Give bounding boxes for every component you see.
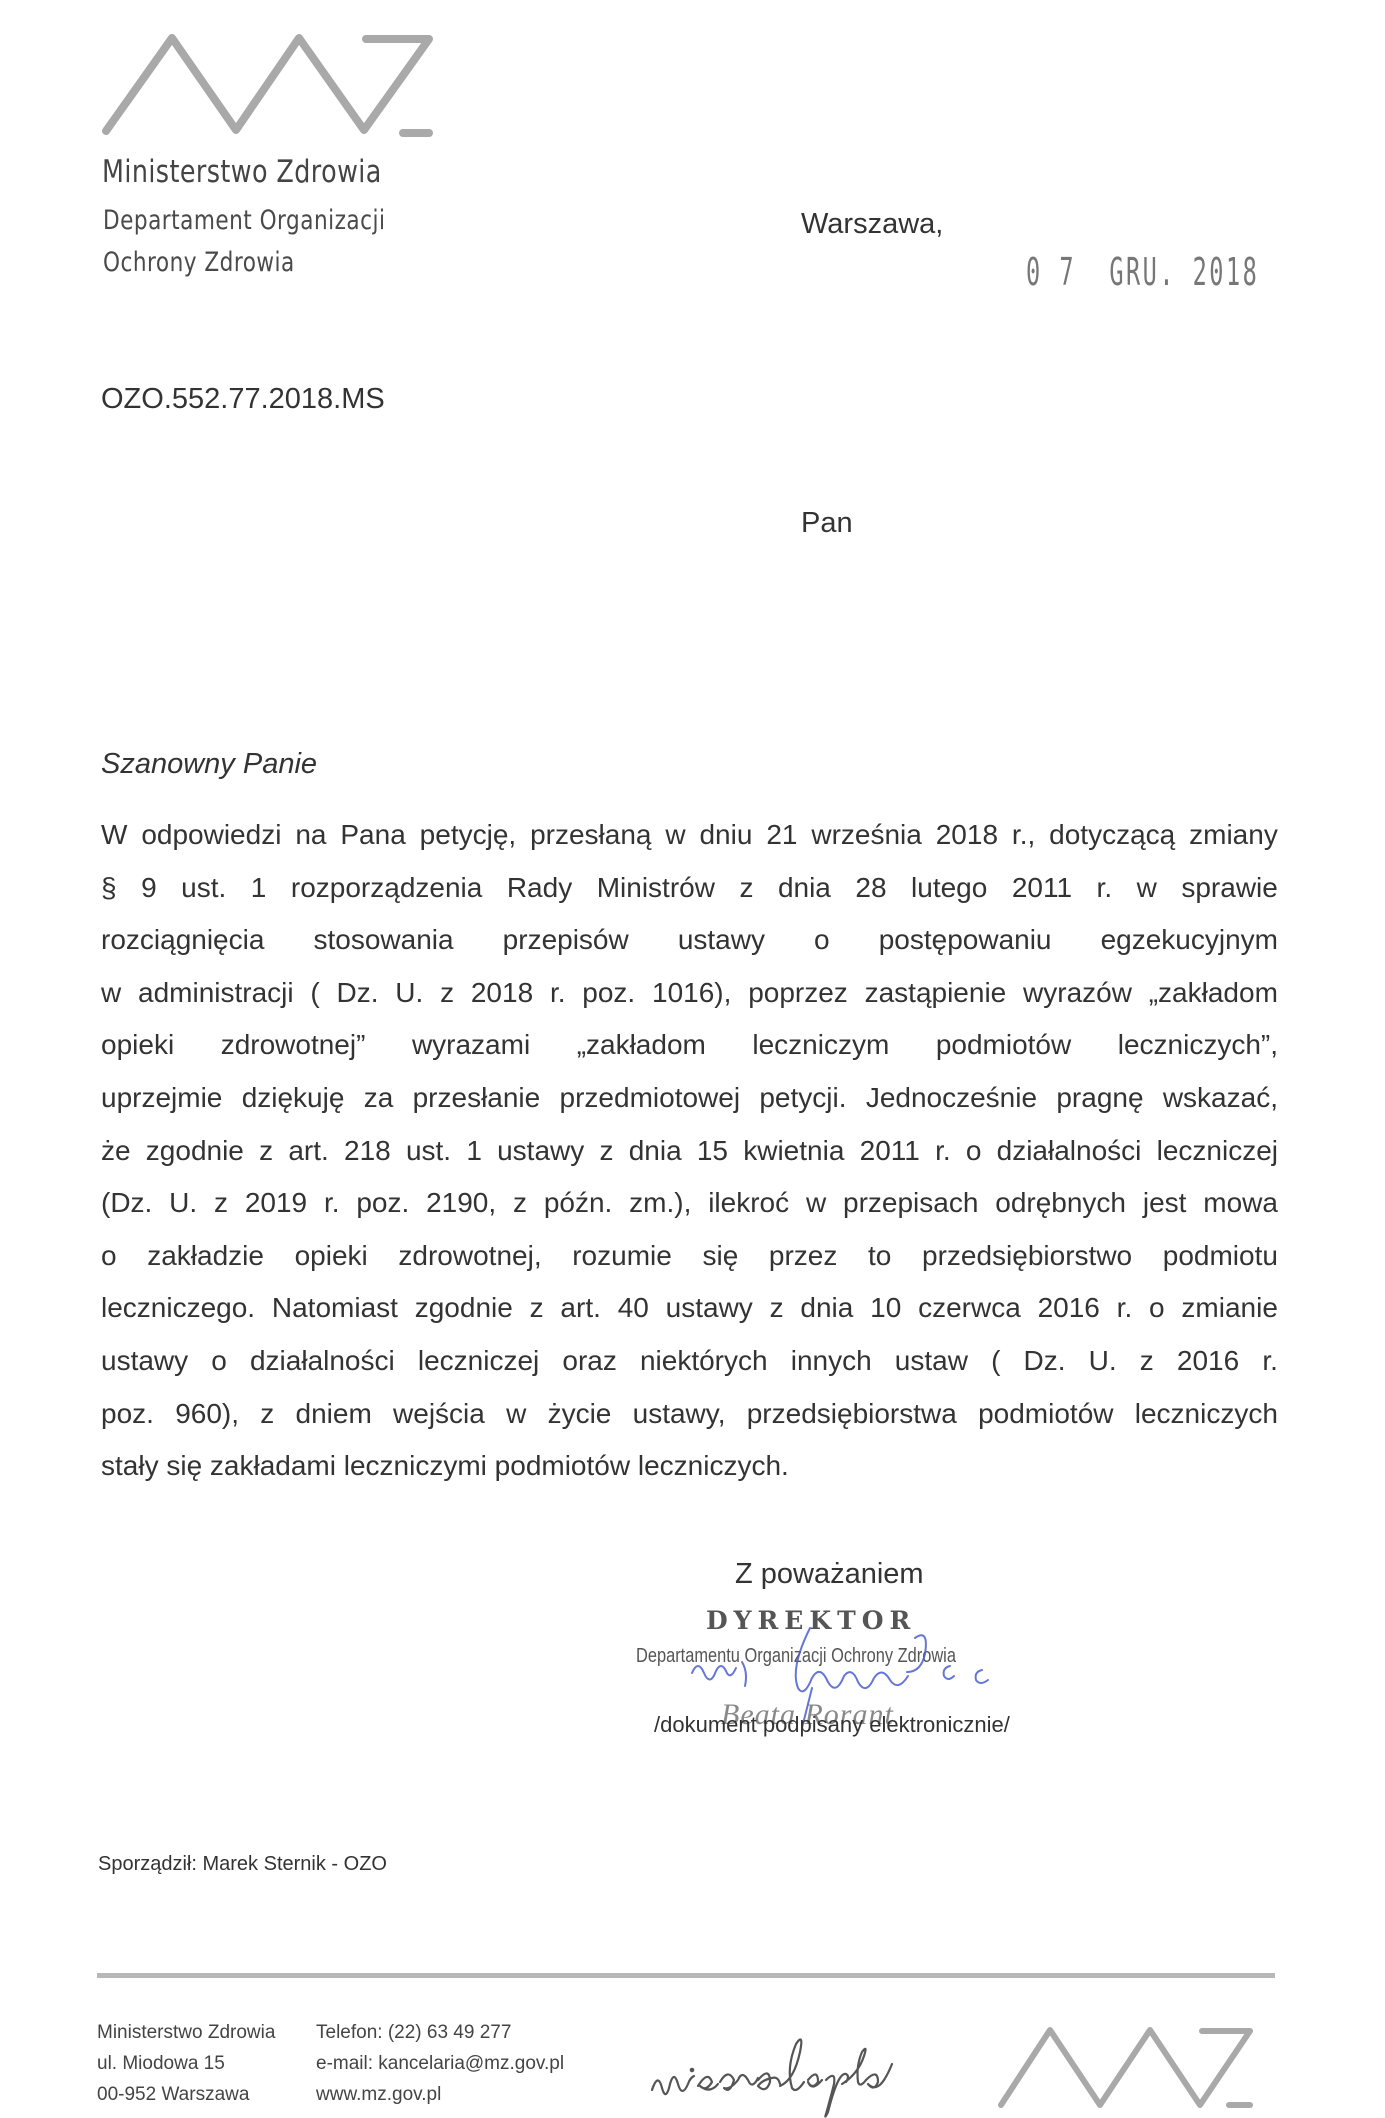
mz-logo-footer-icon	[0, 0, 1385, 2118]
